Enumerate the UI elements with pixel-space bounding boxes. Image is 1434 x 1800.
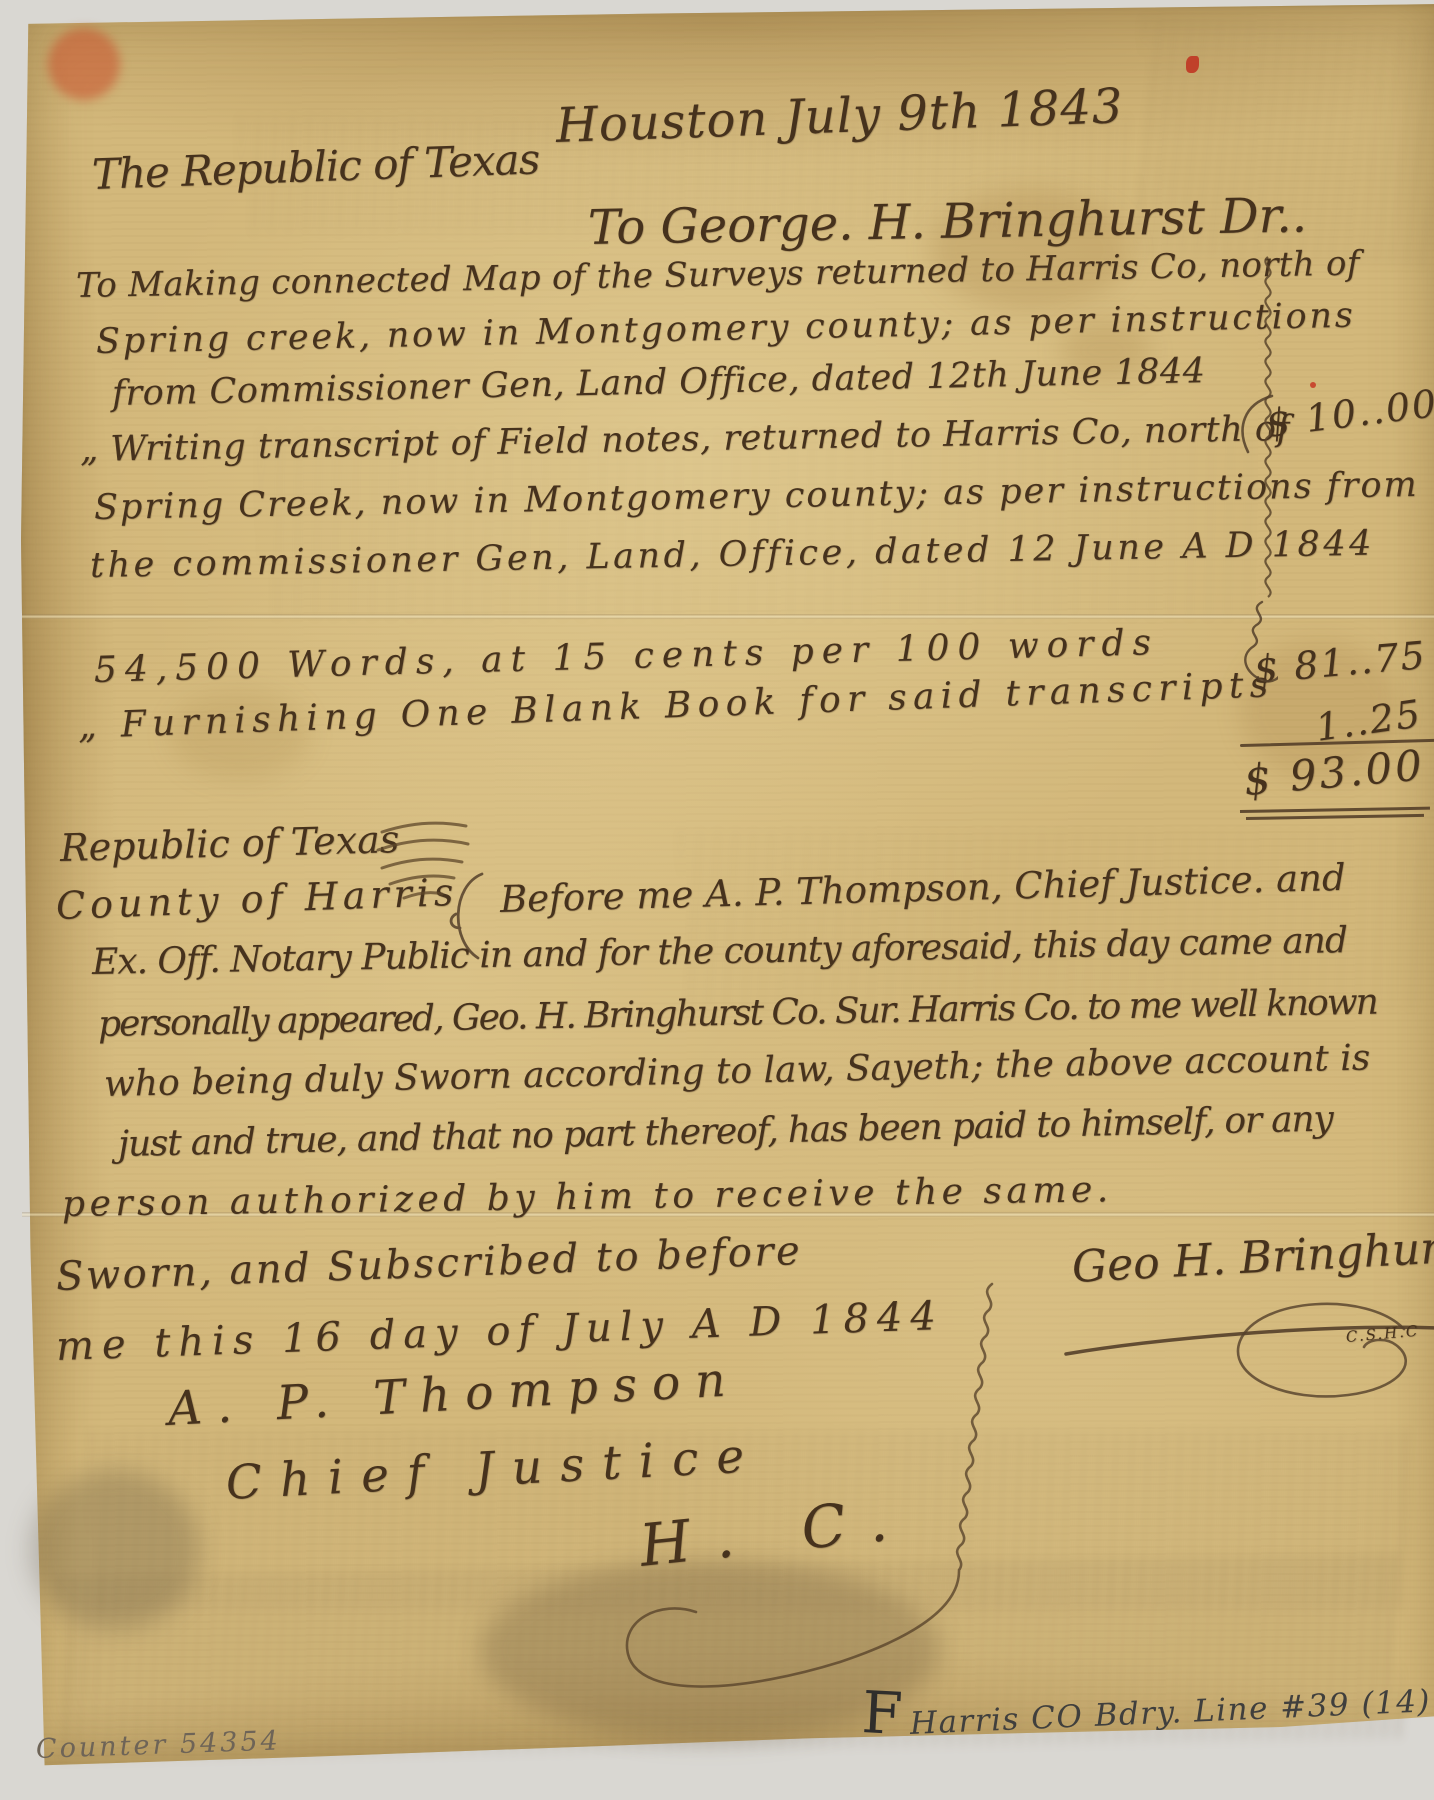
red-dot	[1310, 382, 1316, 388]
center-wavy-flourish	[600, 1282, 1080, 1712]
county-brace	[440, 870, 490, 962]
archive-flag-letter: F	[860, 1678, 904, 1748]
affidavit-republic: Republic of Texas	[59, 817, 399, 870]
dark-smear	[30, 1470, 200, 1630]
red-mark	[1186, 56, 1199, 73]
signature-oval-flourish	[1218, 1295, 1430, 1407]
red-wax-smudge	[48, 28, 120, 100]
amount2-brace	[1222, 600, 1278, 700]
scanned-document-page: { "doc": { "dateline": "Houston July 9th…	[0, 0, 1434, 1800]
amount1-brace	[1228, 392, 1288, 462]
